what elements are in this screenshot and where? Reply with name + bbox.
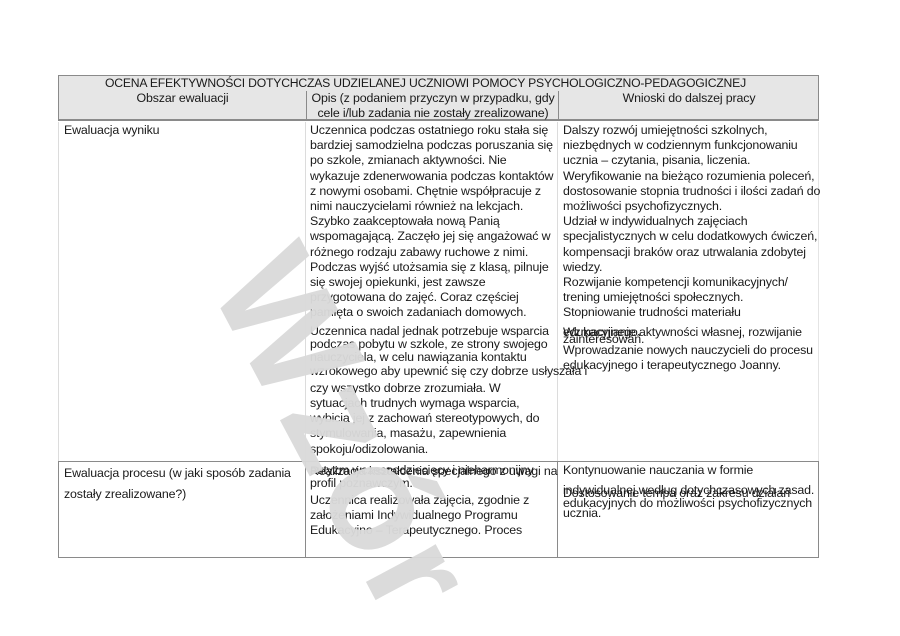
text-line: Szybko zaakceptowała nową Panią [310,214,587,229]
text-line: Rozwijanie kompetencji komunikacyjnych/ [563,275,820,290]
text-line: edukacyjnego i terapeutycznego Joanny. [563,358,813,373]
text-line: różnego rodzaju zabawy ruchowe z nimi. [310,245,587,260]
row2-right-border [818,461,819,558]
text-line: ucznia – czytania, pisania, liczenia. [563,153,820,168]
table-title: OCENA EFEKTYWNOŚCI DOTYCHCZAS UDZIELANEJ… [105,76,746,91]
text-line: pamięta o swoich zadaniach domowych. [310,305,587,320]
text-line: Stopniowanie trudności materiału [563,305,820,320]
text-line: nauczyciela, w celu nawiązania kontaktu [310,351,587,364]
text-line: dostosowanie stopnia trudności i ilości … [563,184,820,199]
text-line: Podczas wyjść utożsamia się z klasą, pil… [310,260,587,275]
header-description-line2: cele i/lub zadania nie zostały zrealizow… [307,106,559,121]
text-line: czy wszystko dobrze zrozumiała. W [310,381,587,396]
text-line: sytuacjach trudnych wymaga wsparcia, [310,396,587,411]
header-conclusions: Wnioski do dalszej pracy [558,91,819,119]
row1-description: Uczennica podczas ostatniego roku stała … [310,123,587,479]
text-line: wiedzy. [563,260,820,275]
row2-conclusions-first: Kontynuowanie nauczania w formie [563,463,753,478]
text-line: zostały zrealizowane?) [64,484,291,505]
text-line: wspomagającą. Zaczęło jej się angażować … [310,229,587,244]
text-line: Uczennica nadal jednak potrzebuje wsparc… [310,325,587,338]
text-line: kompensacji braków oraz utrwalania zdoby… [563,245,820,260]
text-line: po szkole, zmianach aktywności. Nie [310,153,587,168]
text-line: wybicia jej z zachowań stereotypowych, d… [310,411,587,426]
row2-bottom-border [58,557,819,558]
header-area: Obszar ewaluacji [59,91,306,119]
text-line: Wprowadzanie nowych nauczycieli do proce… [563,343,813,358]
row1-divider-1 [305,122,306,461]
document-page: OCENA EFEKTYWNOŚCI DOTYCHCZAS UDZIELANEJ… [0,0,900,636]
row1-left-border [58,122,59,461]
text-line: Weryfikowanie na bieżąco rozumienia pole… [563,169,820,184]
text-line: się swojej opiekunki, jest zawsze [310,275,587,290]
text-line: nimi nauczycielami również na lekcjach. [310,199,587,214]
text-line: Edukacyjno – Terapeutycznego. Proces [310,523,533,538]
text-line: Ewaluacja procesu (w jaki sposób zadania [64,463,291,484]
row1-conclusions: Dalszy rozwój umiejętności szkolnych, ni… [563,123,820,340]
row2-conclusions-overlap-b: Dostosowanie tempa oraz zakresu działań … [563,488,812,518]
text-line: profil poznawczym. [310,477,533,490]
text-line: niezbędnych w codziennym funkcjonowaniu [563,138,820,153]
text-line: trening umiejętności społecznych. [563,290,820,305]
row1-area: Ewaluacja wyniku [64,123,159,138]
text-line: wykazuje zdenerwowania podczas kontaktów [310,169,587,184]
text-line: Uczennica realizowała zajęcia, zgodnie z [310,493,533,508]
text-line: z nowymi osobami. Chętnie współpracuje z [310,184,587,199]
table-header-row: Obszar ewaluacji Opis (z podaniem przycz… [58,91,819,121]
text-line: autyzm wczesnodziecięcy i nieharmonijny [310,463,533,477]
header-description: Opis (z podaniem przyczyn w przypadku, g… [306,91,559,119]
text-line: Uczennica podczas ostatniego roku stała … [310,123,587,138]
header-description-line1: Opis (z podaniem przyczyn w przypadku, g… [307,91,559,106]
row2-left-border [58,461,59,558]
row2-area: Ewaluacja procesu (w jaki sposób zadania… [64,463,291,505]
text-line: założeniami Indywidualnego Programu [310,508,533,523]
text-line: spokoju/odizolowania. [310,442,587,457]
text-line: Udział w indywidualnych zajęciach [563,214,820,229]
row2-divider-1 [305,461,306,558]
text-line: bardziej samodzielna podczas poruszania … [310,138,587,153]
text-line: stymulowania, masażu, zapewnienia [310,426,587,441]
header-conclusions-label: Wnioski do dalszej pracy [559,91,819,106]
table-title-row: OCENA EFEKTYWNOŚCI DOTYCHCZAS UDZIELANEJ… [58,75,819,92]
text-line: podczas pobytu w szkole, ze strony swoje… [310,338,587,351]
text-line: specjalistycznych w celu dodatkowych ćwi… [563,229,820,244]
text-line: możliwości psychofizycznych. [563,199,820,214]
header-area-label: Obszar ewaluacji [59,91,306,106]
row1-conclusions-tail: Wprowadzanie nowych nauczycieli do proce… [563,341,813,373]
text-line: przygotowana do zajęć. Coraz częściej [310,290,587,305]
row2-description: autyzm wczesnodziecięcy i nieharmonijny … [310,463,533,539]
text-line: Dalszy rozwój umiejętności szkolnych, [563,123,820,138]
text-line: wzrokowego aby upewnić się czy dobrze us… [310,364,587,379]
